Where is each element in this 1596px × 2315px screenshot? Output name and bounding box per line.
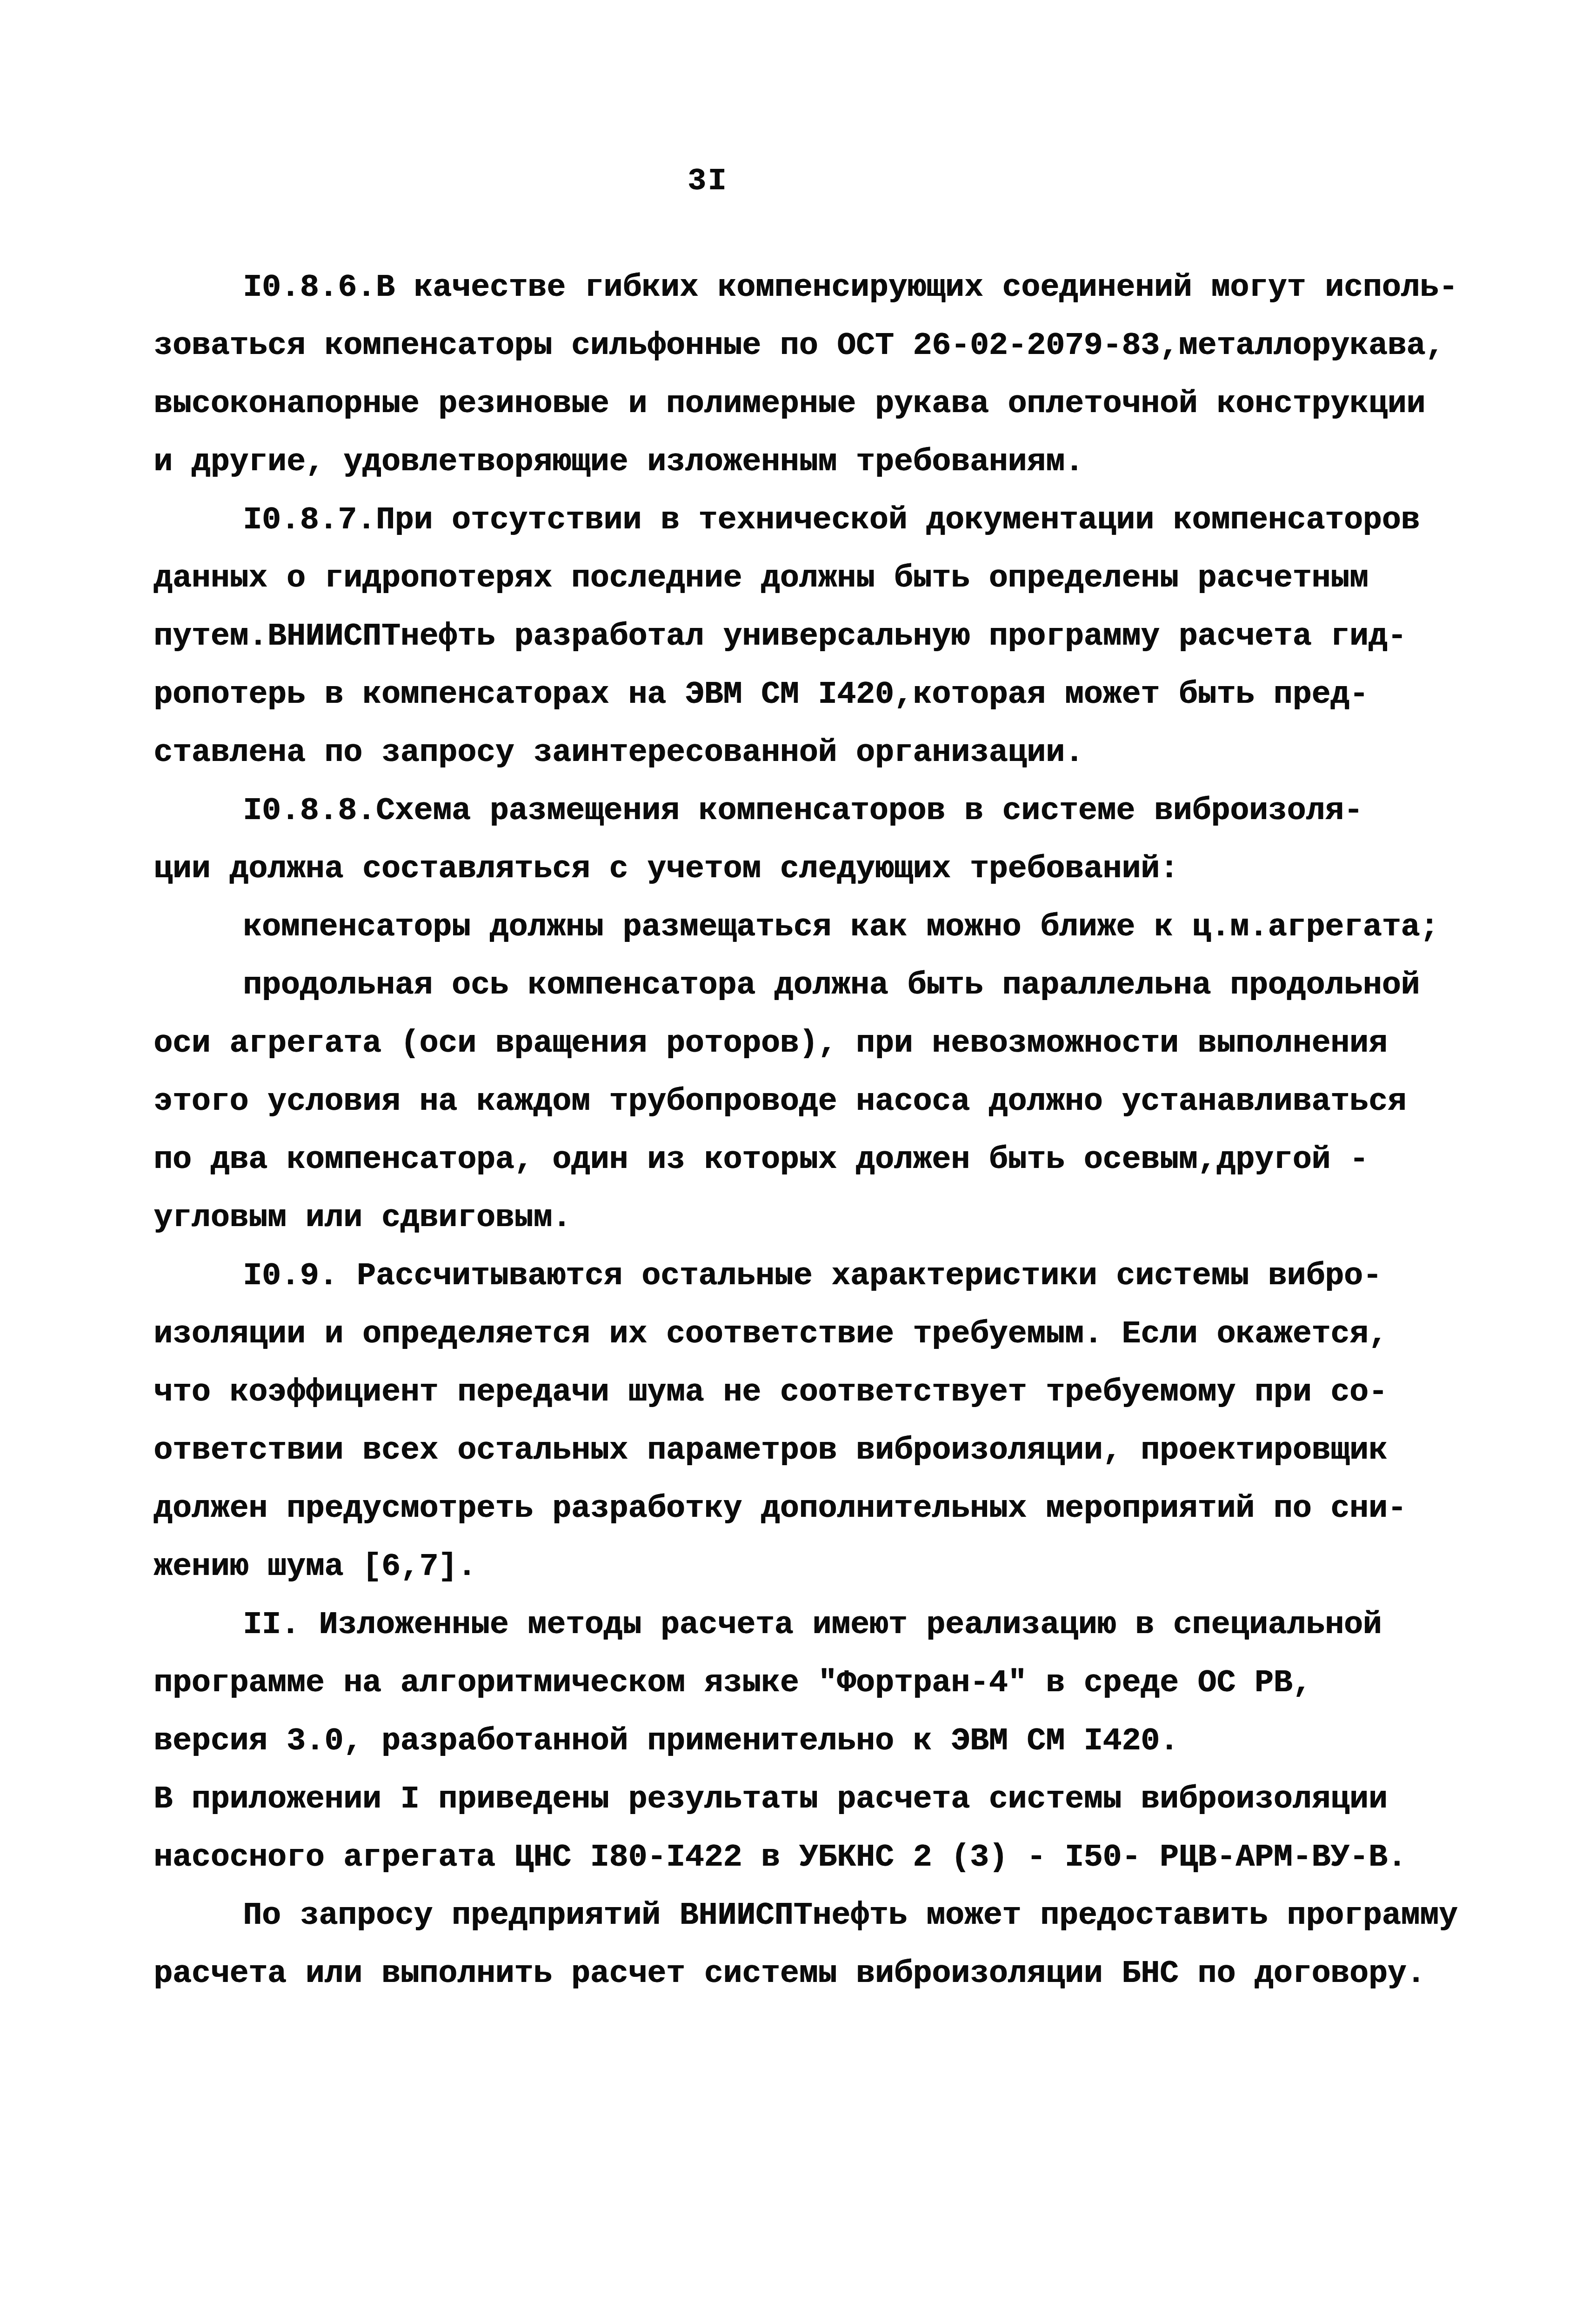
text-line: по два компенсатора, один из которых дол… [154, 1131, 1465, 1189]
text-line: По запросу предприятий ВНИИСПТнефть може… [154, 1887, 1465, 1945]
page-number: 3I [688, 164, 728, 199]
text-line: высоконапорные резиновые и полимерные ру… [154, 375, 1465, 433]
text-line: и другие, удовлетворяющие изложенным тре… [154, 433, 1465, 491]
text-line: насосного агрегата ЦНС I80-I422 в УБКНС … [154, 1828, 1465, 1887]
text-line: изоляции и определяется их соответствие … [154, 1305, 1465, 1363]
text-line: зоваться компенсаторы сильфонные по ОСТ … [154, 317, 1465, 375]
text-line: путем.ВНИИСПТнефть разработал универсаль… [154, 607, 1465, 666]
text-line: II. Изложенные методы расчета имеют реал… [154, 1596, 1465, 1654]
text-line: ответствии всех остальных параметров виб… [154, 1421, 1465, 1480]
text-line: жению шума [6,7]. [154, 1538, 1465, 1596]
text-line: В приложении I приведены результаты расч… [154, 1770, 1465, 1828]
text-line: программе на алгоритмическом языке "Форт… [154, 1654, 1465, 1712]
text-line: ропотерь в компенсаторах на ЭВМ СМ I420,… [154, 666, 1465, 724]
text-line: ции должна составляться с учетом следующ… [154, 840, 1465, 898]
text-line: расчета или выполнить расчет системы виб… [154, 1945, 1465, 2003]
text-line: этого условия на каждом трубопроводе нас… [154, 1073, 1465, 1131]
text-line: продольная ось компенсатора должна быть … [154, 956, 1465, 1014]
text-line: I0.8.8.Схема размещения компенсаторов в … [154, 782, 1465, 840]
text-line: должен предусмотреть разработку дополнит… [154, 1480, 1465, 1538]
text-line: I0.8.7.При отсутствии в технической доку… [154, 491, 1465, 549]
text-line: угловым или сдвиговым. [154, 1189, 1465, 1247]
text-line: что коэффициент передачи шума не соответ… [154, 1363, 1465, 1421]
text-line: данных о гидропотерях последние должны б… [154, 549, 1465, 607]
text-line: ставлена по запросу заинтересованной орг… [154, 724, 1465, 782]
document-body: I0.8.6.В качестве гибких компенсирующих … [154, 259, 1465, 2003]
text-line: I0.8.6.В качестве гибких компенсирующих … [154, 259, 1465, 317]
text-line: оси агрегата (оси вращения роторов), при… [154, 1014, 1465, 1073]
text-line: версия 3.0, разработанной применительно … [154, 1712, 1465, 1770]
text-line: I0.9. Рассчитываются остальные характери… [154, 1247, 1465, 1305]
scanned-document-page: 3I I0.8.6.В качестве гибких компенсирующ… [0, 0, 1596, 2315]
text-line: компенсаторы должны размещаться как можн… [154, 898, 1465, 956]
